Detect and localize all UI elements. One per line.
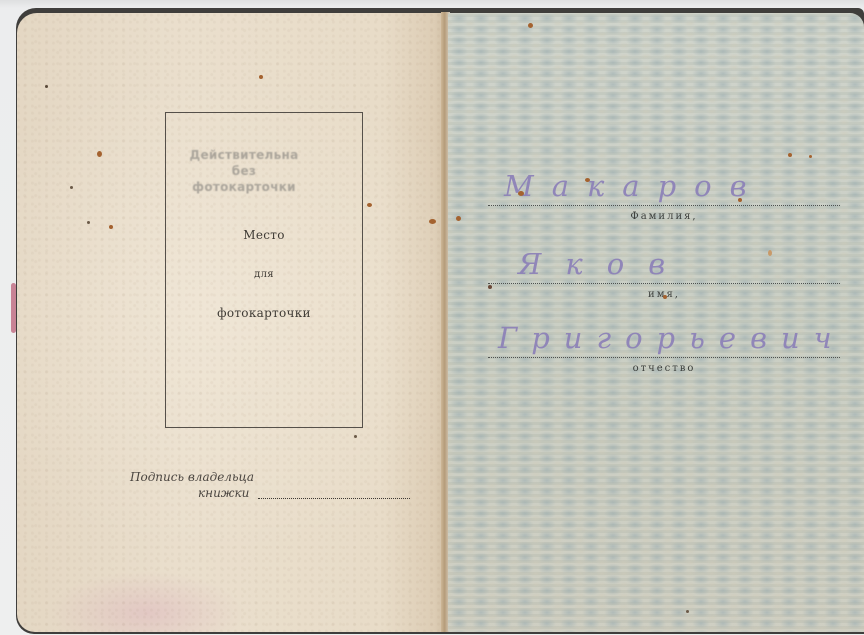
- stain-spot: [738, 198, 742, 202]
- surname-caption: Фамилия,: [488, 211, 840, 222]
- stain-spot: [528, 23, 533, 28]
- stamp-line-3: фотокарточки: [174, 179, 314, 195]
- stain-spot: [87, 221, 90, 224]
- stain-spot: [788, 153, 792, 157]
- patronymic-value: Григорьевич: [498, 321, 846, 355]
- stain-spot: [97, 151, 102, 157]
- first-name-dotted-line: [488, 283, 840, 284]
- patronymic-dotted-line: [488, 357, 840, 358]
- patronymic-caption: отчество: [488, 363, 840, 374]
- stain-spot: [663, 295, 667, 299]
- stain-spot: [686, 610, 689, 613]
- left-page: Действительна без фотокарточки Место для…: [17, 13, 447, 632]
- photo-placeholder-box: Действительна без фотокарточки Место для…: [165, 112, 363, 428]
- stain-spot: [70, 186, 73, 189]
- first-name-field: Яков имя,: [488, 241, 840, 301]
- stain-spot: [367, 203, 372, 207]
- surname-dotted-line: [488, 205, 840, 206]
- stain-spot: [109, 225, 113, 229]
- signature-label-line-2: книжки: [198, 486, 249, 500]
- stain-spot: [429, 219, 436, 224]
- stain-spot: [259, 75, 263, 79]
- photo-label-line-1: Место: [166, 228, 362, 242]
- first-name-value: Яков: [518, 247, 689, 281]
- signature-label-line-1: Подпись владельца: [130, 470, 254, 484]
- stain-spot: [768, 250, 772, 256]
- stain-spot: [488, 285, 492, 289]
- document-scan: Действительна без фотокарточки Место для…: [0, 0, 864, 635]
- photo-label-line-2: для: [166, 269, 362, 280]
- stain-spot: [45, 85, 48, 88]
- signature-dotted-line: [258, 498, 410, 499]
- stain-spot: [354, 435, 357, 438]
- surname-field: Макаров Фамилия,: [488, 163, 840, 223]
- photo-label-line-3: фотокарточки: [166, 306, 362, 320]
- stain-spot: [518, 191, 524, 196]
- stamp-line-1: Действительна: [174, 147, 314, 163]
- stain-spot: [585, 178, 590, 182]
- stain-spot: [809, 155, 812, 158]
- stamp-line-2: без: [174, 163, 314, 179]
- stain-spot: [456, 216, 461, 221]
- patronymic-field: Григорьевич отчество: [488, 315, 840, 375]
- surname-value: Макаров: [504, 169, 765, 203]
- stamp-valid-without-photo: Действительна без фотокарточки: [174, 147, 314, 195]
- right-page: Макаров Фамилия, Яков имя, Григорьевич о…: [448, 13, 864, 632]
- red-edge-mark: [11, 283, 16, 333]
